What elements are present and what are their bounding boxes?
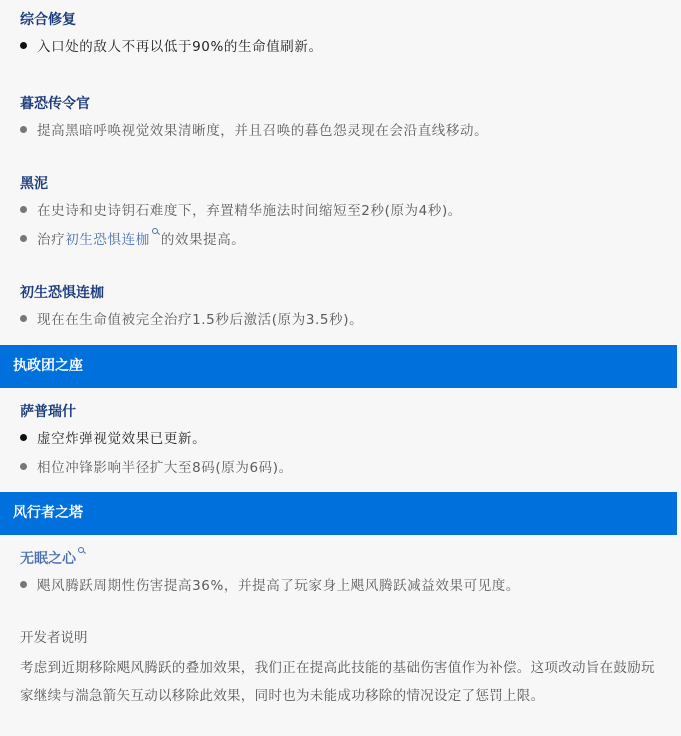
bullet-dot-icon [20,235,27,242]
bullet-item: 飓风腾跃周期性伤害提高36%，并提高了玩家身上飓风腾跃减益效果可见度。 [20,576,520,596]
developer-note-title: 开发者说明 [20,628,88,648]
boss-heading-saprish: 萨普瑞什 [20,402,76,422]
boss-heading-dread-herald: 暮恐传令官 [20,94,90,114]
bullet-item: 现在在生命值被完全治疗1.5秒后激活(原为3.5秒)。 [20,310,363,330]
bullet-text-prefix: 治疗 [37,232,65,248]
bullet-text: 虚空炸弹视觉效果已更新。 [37,431,206,447]
bullet-item: 虚空炸弹视觉效果已更新。 [20,429,206,449]
boss-heading-general-fixes: 综合修复 [20,10,76,30]
bullet-item: 在史诗和史诗钥石难度下，弃置精华施法时间缩短至2秒(原为4秒)。 [20,201,462,221]
dungeon-banner-seat-of-triumvirate: 执政团之座 [0,345,677,388]
bullet-item: 相位冲锋影响半径扩大至8码(原为6码)。 [20,458,293,478]
bullet-text: 在史诗和史诗钥石难度下，弃置精华施法时间缩短至2秒(原为4秒)。 [37,203,462,219]
bullet-item: 入口处的敌人不再以低于90%的生命值刷新。 [20,37,323,57]
search-icon[interactable] [78,547,86,557]
bullet-dot-icon [20,463,27,470]
bullet-text: 提高黑暗呼唤视觉效果清晰度，并且召唤的暮色怨灵现在会沿直线移动。 [37,123,488,139]
bullet-text: 现在在生命值被完全治疗1.5秒后激活(原为3.5秒)。 [37,312,363,328]
dungeon-banner-windrunner-spire: 风行者之塔 [0,492,677,535]
bullet-text: 相位冲锋影响半径扩大至8码(原为6码)。 [37,460,293,476]
boss-heading-link-text[interactable]: 无眠之心 [20,551,76,567]
bullet-item: 治疗初生恐惧连枷的效果提高。 [20,230,245,250]
boss-heading-black-mud: 黑泥 [20,174,48,194]
boss-heading-restless-heart[interactable]: 无眠之心 [20,549,87,569]
bullet-dot-icon [20,206,27,213]
bullet-item: 提高黑暗呼唤视觉效果清晰度，并且召唤的暮色怨灵现在会沿直线移动。 [20,121,488,141]
bullet-dot-icon [20,42,27,49]
bullet-text: 入口处的敌人不再以低于90%的生命值刷新。 [37,39,323,55]
bullet-dot-icon [20,126,27,133]
search-icon[interactable] [152,228,160,238]
bullet-text: 飓风腾跃周期性伤害提高36%，并提高了玩家身上飓风腾跃减益效果可见度。 [37,578,520,594]
bullet-dot-icon [20,315,27,322]
ability-link[interactable]: 初生恐惧连枷 [65,232,150,248]
developer-note-body: 考虑到近期移除飓风腾跃的叠加效果，我们正在提高此技能的基础伤害值作为补偿。这项改… [20,654,664,710]
boss-heading-nascent-dread-flail: 初生恐惧连枷 [20,283,104,303]
bullet-dot-icon [20,581,27,588]
bullet-dot-icon [20,434,27,441]
bullet-text-suffix: 的效果提高。 [161,232,246,248]
